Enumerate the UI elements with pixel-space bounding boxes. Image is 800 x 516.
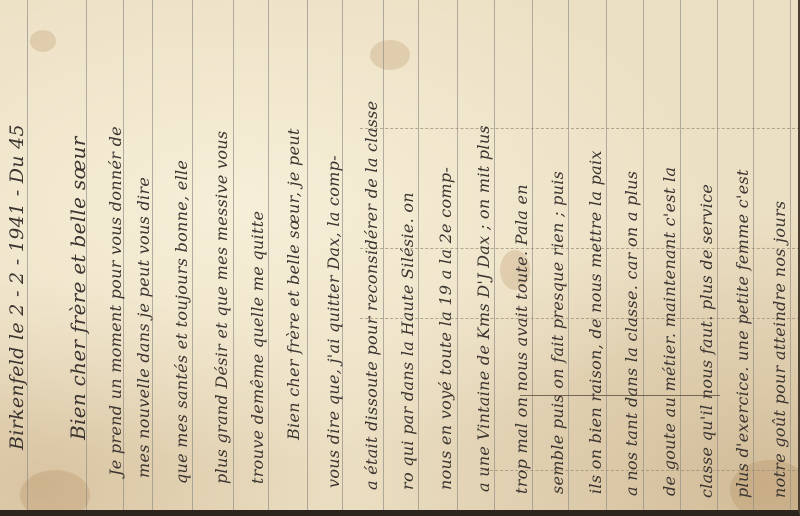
ruled-line <box>457 0 458 510</box>
date-line: Birkenfeld le 2 - 2 - 1941 - Du 45 <box>6 124 28 450</box>
letter-line: Je prend un moment pour vous donnér de <box>106 126 125 476</box>
letter-line: vous dire que, j'ai quitter Dax, la comp… <box>324 155 343 488</box>
ruled-line <box>717 0 718 510</box>
ruled-line <box>383 0 384 510</box>
ruled-line <box>307 0 308 510</box>
paper-stain <box>30 30 56 52</box>
letter-line: classe qu'il nous faut. plus de service <box>697 184 716 498</box>
letter-line: a nos tant dans la classe. car on a plus <box>622 171 641 496</box>
ruled-line <box>753 0 754 510</box>
ruled-line <box>532 0 533 510</box>
letter-line: semble puis on fait presque rien ; puis <box>548 171 567 494</box>
letter-line: trop mal on nous avait toute. Pala en <box>512 184 531 494</box>
ruled-line <box>568 0 569 510</box>
letter-line: ils on bien raison, de nous mettre la pa… <box>586 150 605 494</box>
ruled-line <box>606 0 607 510</box>
letter-line: notre goût pour atteindre nos jours <box>770 201 789 498</box>
letter-line: nous en voyé toute la 19 a la 2e comp- <box>436 167 455 490</box>
ruled-line <box>233 0 234 510</box>
letter-line: a une Vintaine de Kms D'J Dax ; on mit p… <box>474 125 493 492</box>
ruled-line <box>790 0 791 510</box>
letter-line: de goute au métier. maintenant c'est la <box>660 167 679 496</box>
letter-line: mes nouvelle dans je peut vous dire <box>134 177 153 478</box>
letter-line: que mes santés et toujours bonne, elle <box>172 160 191 484</box>
dashed-guide <box>360 128 800 129</box>
letter-line: ro qui par dans la Haute Silésie. on <box>398 192 417 490</box>
salutation: Bien cher frère et belle sœur <box>66 136 90 440</box>
paper-stain <box>370 40 410 70</box>
letter-line: a était dissoute pour reconsidérer de la… <box>362 101 381 490</box>
ruled-line <box>192 0 193 510</box>
letter-line: Bien cher frère et belle sœur, je peut <box>284 128 303 440</box>
ruled-line <box>268 0 269 510</box>
letter-line: plus grand Désir et que mes messive vous <box>212 131 231 484</box>
ruled-line <box>494 0 495 510</box>
letter-line: plus d'exercice. une petite femme c'est <box>733 169 752 498</box>
ruled-line <box>643 0 644 510</box>
ruled-line <box>680 0 681 510</box>
paper-stain <box>20 470 90 516</box>
ruled-line <box>418 0 419 510</box>
postcard: Birkenfeld le 2 - 2 - 1941 - Du 45 Bien … <box>0 0 800 516</box>
letter-line: trouve demême quelle me quitte <box>248 211 267 484</box>
